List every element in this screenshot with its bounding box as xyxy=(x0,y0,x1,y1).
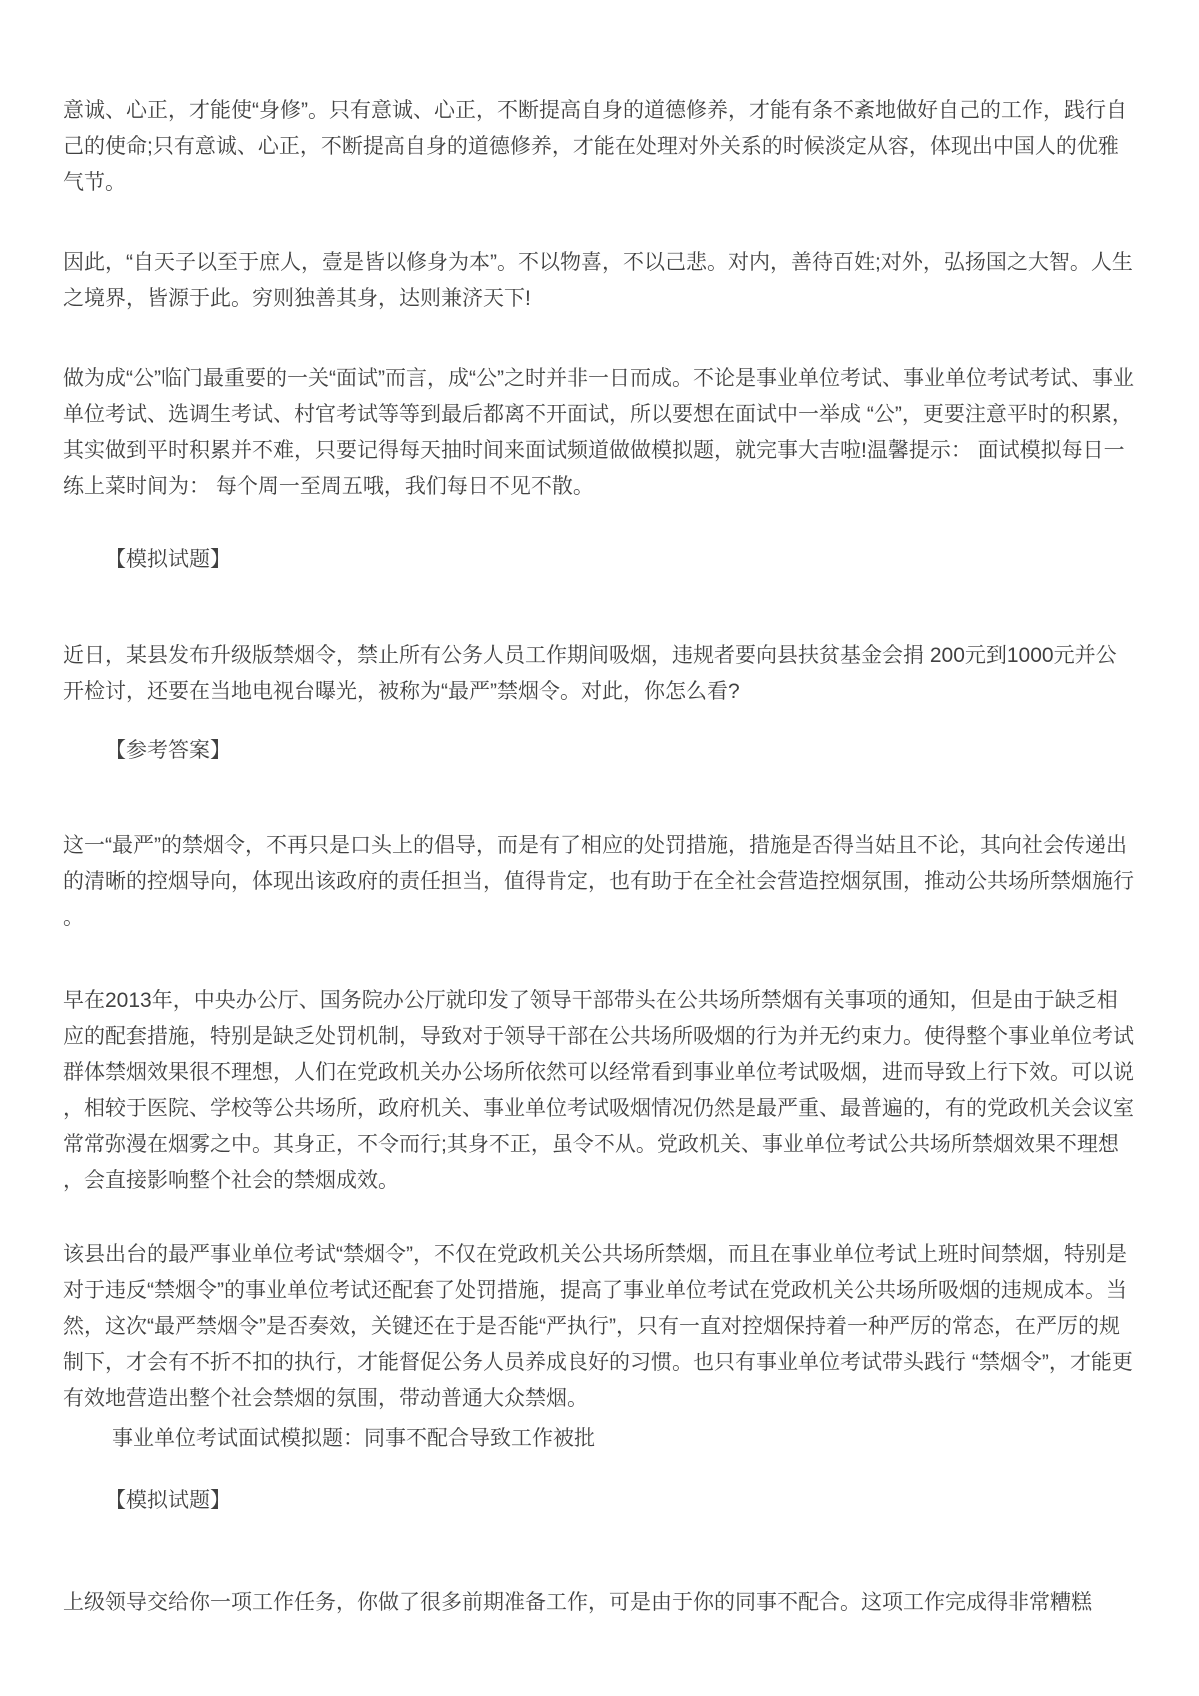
heading-mock-question-2: 【模拟试题】 xyxy=(63,1483,1137,1519)
heading-mock-question-1: 【模拟试题】 xyxy=(63,542,1137,578)
paragraph-daxue-quote: 因此，“自天子以至于庶人，壹是皆以修身为本”。不以物喜，不以己悲。对内，善待百姓… xyxy=(63,245,1137,317)
paragraph-answer-point-2: 早在2013年，中央办公厅、国务院办公厅就印发了领导干部带头在公共场所禁烟有关事… xyxy=(63,983,1137,1199)
paragraph-answer-point-1: 这一“最严”的禁烟令，不再只是口头上的倡导，而是有了相应的处罚措施，措施是否得当… xyxy=(63,828,1137,936)
heading-reference-answer: 【参考答案】 xyxy=(63,733,1137,769)
document-page: 意诚、心正，才能使“身修”。只有意诚、心正，不断提高自身的道德修养，才能有条不紊… xyxy=(0,0,1199,1696)
paragraph-interview-advice: 做为成“公”临门最重要的一关“面试”而言，成“公”之时并非一日而成。不论是事业单… xyxy=(63,361,1137,505)
paragraph-smoking-ban-question: 近日，某县发布升级版禁烟令，禁止所有公务人员工作期间吸烟，违规者要向县扶贫基金会… xyxy=(63,638,1137,710)
subheading-next-topic-title: 事业单位考试面试模拟题：同事不配合导致工作被批 xyxy=(63,1421,1137,1457)
paragraph-answer-point-3: 该县出台的最严事业单位考试“禁烟令”，不仅在党政机关公共场所禁烟，而且在事业单位… xyxy=(63,1237,1137,1417)
paragraph-self-cultivation: 意诚、心正，才能使“身修”。只有意诚、心正，不断提高自身的道德修养，才能有条不紊… xyxy=(63,93,1137,201)
paragraph-colleague-question: 上级领导交给你一项工作任务，你做了很多前期准备工作，可是由于你的同事不配合。这项… xyxy=(63,1585,1137,1621)
